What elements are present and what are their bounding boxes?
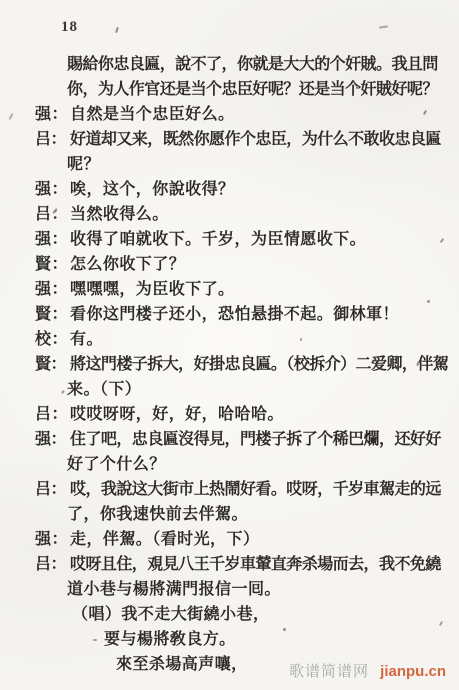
scan-speck (379, 25, 388, 28)
line-text: 哎，我說这大街市上热鬧好看。哎呀，千岁車駕走的远 (70, 481, 441, 498)
speaker-label: 强： (35, 277, 70, 302)
line-text: 道小巷与楊將满門报信一囘。 (67, 581, 281, 598)
line-text: 哎哎呀呀，好，好，哈哈哈。 (70, 406, 284, 423)
scan-speck (283, 628, 286, 631)
script-line: 道小巷与楊將满門报信一囘。 (0, 577, 459, 602)
speaker-label: 强： (35, 227, 70, 252)
line-text: 賜給你忠良匾，說不了，你就是大大的个奸賊。我且問 (67, 56, 438, 73)
script-line: 强：嘿嘿嘿，为臣收下了。 (0, 277, 459, 302)
script-line: 賢：看你这門楼子还小，恐怕悬掛不起。御林軍！ (0, 302, 459, 327)
script-line: 强：唉，这个，你說收得？ (0, 177, 459, 202)
script-line: 好了个什么？ (0, 452, 459, 477)
speaker-label: 賢： (35, 352, 70, 377)
script-line: 吕：哎呀且住，覌見八王千岁車輦直奔杀場而去，我不免繞 (0, 552, 459, 577)
script-line: 强：住了吧，忠良匾沒得見，門楼子拆了个稀巴爛，还好好 (0, 427, 459, 452)
line-text: 住了吧，忠良匾沒得見，門楼子拆了个稀巴爛，还好好 (70, 431, 441, 448)
line-text: 好道却又来，既然你愿作个忠臣，为什么不敢收忠良匾 (70, 131, 441, 148)
speaker-label: 强： (35, 527, 70, 552)
watermark: 歌谱简谱网 jianpu.cn (289, 660, 446, 681)
speaker-label: 吕： (35, 477, 70, 502)
speaker-label: 强： (35, 102, 70, 127)
speaker-label: 吕： (35, 552, 70, 577)
line-text: 要与楊將敎良方。 (104, 631, 236, 648)
line-text: 好了个什么？ (67, 456, 166, 473)
line-text: 收得了咱就收下。千岁，为臣情愿收下。 (70, 231, 366, 248)
script-line: 吕：哎，我說这大街市上热鬧好看。哎呀，千岁車駕走的远 (0, 477, 459, 502)
script-line: 强：自然是当个忠臣好么。 (0, 102, 459, 127)
scan-speck (356, 86, 359, 89)
speaker-label: 强： (35, 427, 70, 452)
speaker-label: 吕： (35, 127, 70, 152)
script-line: 强：走，伴駕。（看时光，下） (0, 527, 459, 552)
script-line: 要与楊將敎良方。 (0, 627, 459, 652)
watermark-site-url: jianpu.cn (380, 663, 446, 680)
page-number: 18 (61, 19, 78, 36)
line-text: 当然收得么。 (70, 206, 169, 223)
speaker-label: 吕： (35, 402, 70, 427)
line-text: 哎呀且住，覌見八王千岁車輦直奔杀場而去，我不免繞 (70, 556, 441, 573)
line-text: 來至杀場高声嚷， (116, 656, 248, 673)
speaker-label: 賢： (35, 302, 70, 327)
script-line: 呢？ (0, 152, 459, 177)
line-text: 唉，这个，你說收得？ (70, 181, 235, 198)
script-line: 吕：当然收得么。 (0, 202, 459, 227)
speaker-label: 吕： (35, 202, 70, 227)
sing-cue-label: （唱） (72, 602, 121, 627)
script-line: 吕：哎哎呀呀，好，好，哈哈哈。 (0, 402, 459, 427)
speaker-label: 校： (35, 327, 70, 352)
script-line: 吕：好道却又来，既然你愿作个忠臣，为什么不敢收忠良匾 (0, 127, 459, 152)
line-text: 来。（下） (67, 381, 141, 398)
line-text: 呢？ (67, 156, 100, 173)
line-text: 嘿嘿嘿，为臣收下了。 (70, 281, 235, 298)
script-line: 賢：怎么你收下了？ (0, 252, 459, 277)
script-line: 賜給你忠良匾，說不了，你就是大大的个奸賊。我且問 (0, 52, 459, 77)
scan-speck (427, 300, 430, 303)
line-text: 我不走大街繞小巷， (121, 606, 269, 623)
watermark-site-name: 歌谱简谱网 (289, 663, 369, 680)
line-text: 走，伴駕。（看时光，下） (70, 531, 259, 548)
script-line: 来。（下） (0, 377, 459, 402)
script-line: 你，为人作官还是当个忠臣好呢？还是当个奸賊好呢？ (0, 77, 459, 102)
script-text-block: 賜給你忠良匾，說不了，你就是大大的个奸賊。我且問你，为人作官还是当个忠臣好呢？还… (0, 52, 459, 677)
script-line: 了，你我速快前去伴駕。 (0, 502, 459, 527)
script-line: 賢：將这門楼子拆大，好掛忠良匾。（校拆介）二爱卿，伴駕 (0, 352, 459, 377)
script-line: 校：有。 (0, 327, 459, 352)
line-text: 了，你我速快前去伴駕。 (67, 506, 248, 523)
speaker-label: 强： (35, 177, 70, 202)
scanned-script-page: 18 賜給你忠良匾，說不了，你就是大大的个奸賊。我且問你，为人作官还是当个忠臣好… (0, 0, 459, 690)
line-text: 有。 (70, 331, 103, 348)
line-text: 將这門楼子拆大，好掛忠良匾。（校拆介）二爱卿，伴駕 (70, 356, 448, 373)
scan-speck (300, 338, 302, 341)
scan-speck (93, 639, 97, 641)
scan-speck (115, 27, 119, 33)
line-text: 自然是当个忠臣好么。 (70, 106, 235, 123)
script-line: 强：收得了咱就收下。千岁，为臣情愿收下。 (0, 227, 459, 252)
script-line: （唱）我不走大街繞小巷， (0, 602, 459, 627)
speaker-label: 賢： (35, 252, 70, 277)
line-text: 你，为人作官还是当个忠臣好呢？还是当个奸賊好呢？ (67, 81, 438, 98)
line-text: 看你这門楼子还小，恐怕悬掛不起。御林軍！ (70, 306, 399, 323)
line-text: 怎么你收下了？ (70, 256, 185, 273)
